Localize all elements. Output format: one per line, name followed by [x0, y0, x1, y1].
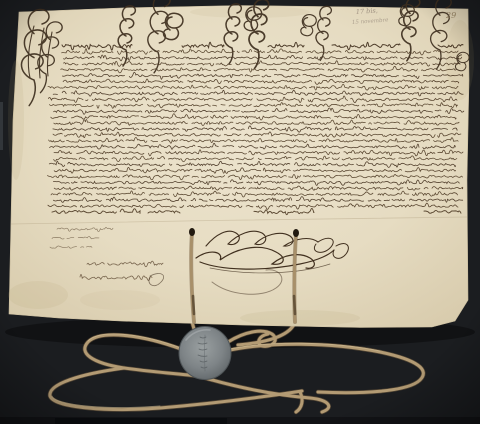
photo-vignette — [0, 0, 480, 424]
manuscript-photo: 17 bis, 15 novembre 29 — [0, 0, 480, 424]
photo-backdrop: 17 bis, 15 novembre 29 — [0, 0, 480, 424]
